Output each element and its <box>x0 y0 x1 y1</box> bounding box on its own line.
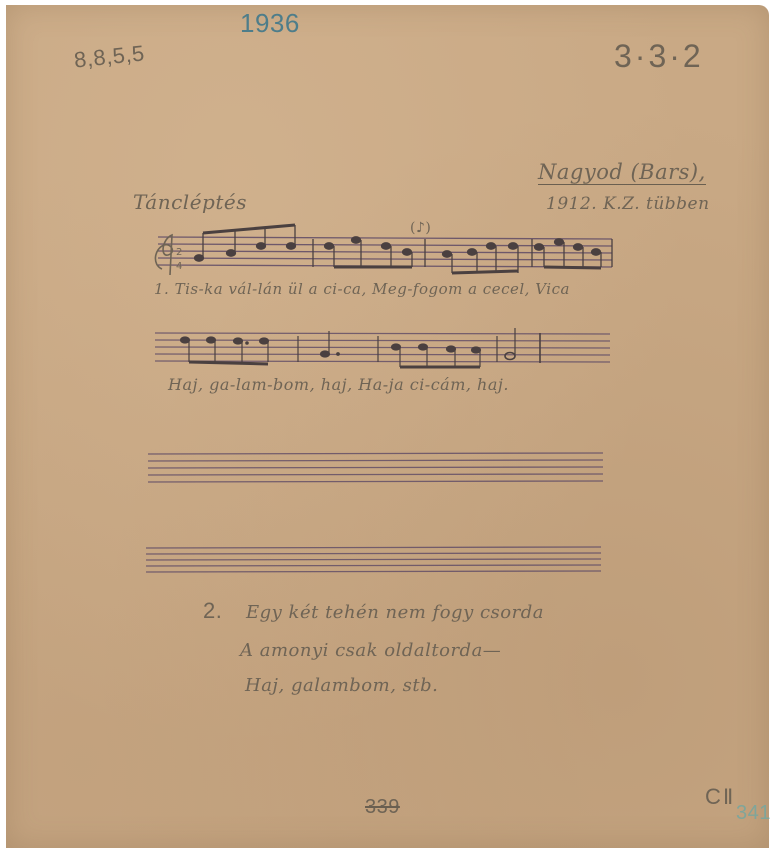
svg-text:4: 4 <box>176 261 182 272</box>
verse-1-lyrics-line-2: Haj, ga-lam-bom, haj, Ha-ja ci-cám, haj. <box>168 375 509 394</box>
staff-1: 2 4 <box>150 225 620 285</box>
location-note: Nagyod (Bars), <box>538 160 706 184</box>
cadence-numbers: 3·3·2 <box>614 38 704 75</box>
svg-text:2: 2 <box>176 247 182 258</box>
genre-label: Táncléptés <box>133 190 247 214</box>
archive-mark: C II <box>705 784 731 810</box>
verse-2-line-1: Egy két tehén nem fogy csorda <box>246 602 544 623</box>
collection-note: 1912. K.Z. tübben <box>546 194 710 214</box>
verse-1-lyrics-line-1: 1. Tis-ka vál-lán ül a ci-ca, Meg-fogom … <box>154 280 570 298</box>
location-text: Nagyod (Bars), <box>538 160 706 185</box>
manuscript-page <box>6 5 769 848</box>
verse-2-line-2: A amonyi csak oldaltorda— <box>240 640 501 661</box>
verse-2-line-3: Haj, galambom, stb. <box>245 675 438 696</box>
empty-staff-4 <box>146 545 606 585</box>
old-page-number: 339 <box>365 796 400 819</box>
year-stamp: 1936 <box>240 8 300 39</box>
treble-clef-icon <box>155 235 172 275</box>
archive-number: 341 <box>736 802 771 825</box>
empty-staff-3 <box>148 450 608 490</box>
staff-2 <box>155 325 615 375</box>
verse-2-number: 2. <box>203 598 222 624</box>
